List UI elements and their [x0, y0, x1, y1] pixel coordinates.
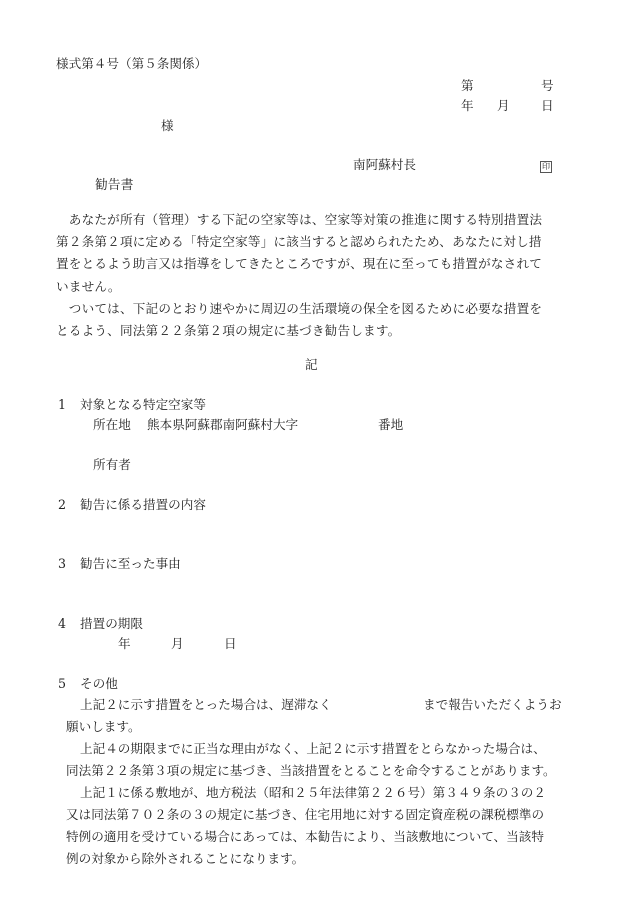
- addressee-suffix: 様: [161, 120, 174, 133]
- location-value: 熊本県阿蘇郡南阿蘇村大字: [147, 419, 298, 432]
- doc-number-prefix: 第: [461, 80, 474, 93]
- seal-icon: 印: [540, 161, 552, 173]
- tax-notice-line3: 特例の適用を受けている場合にあっては、本勧告により、当該敷地について、当該特: [66, 831, 544, 844]
- deadline-month: 月: [171, 638, 184, 651]
- date-year: 年: [461, 100, 474, 113]
- item3-label: 勧告に至った事由: [80, 558, 181, 571]
- doc-number-suffix: 号: [541, 80, 554, 93]
- form-number: 様式第４号（第５条関係）: [56, 58, 207, 71]
- deadline-year: 年: [118, 638, 131, 651]
- issuer-name: 南阿蘇村長: [353, 159, 416, 172]
- item5-number: 5: [58, 678, 66, 691]
- deadline-day: 日: [224, 638, 237, 651]
- order-warning-line2: 同法第２２条第３項の規定に基づき、当該措置をとることを命令することがあります。: [66, 765, 556, 778]
- tax-notice-line1: 上記１に係る敷地が、地方税法（昭和２５年法律第２２６号）第３４９条の３の２: [80, 787, 546, 800]
- item3-number: 3: [58, 558, 66, 571]
- item4-number: 4: [58, 618, 66, 631]
- seal-mark: 印: [540, 159, 552, 173]
- date-month: 月: [497, 100, 510, 113]
- recommendation-line: とるよう、同法第２２条第２項の規定に基づき勧告します。: [56, 320, 576, 342]
- intro-paragraph: あなたが所有（管理）する下記の空家等は、空家等対策の推進に関する特別措置法 第２…: [56, 209, 576, 342]
- report-text-c: 願いします。: [66, 721, 141, 734]
- intro-line: いません。: [56, 276, 576, 298]
- report-text-b: まで報告いただくようお: [423, 699, 562, 712]
- intro-line: 置をとるよう助言又は指導をしてきたところですが、現在に至っても措置がなされて: [56, 253, 576, 275]
- intro-line: あなたが所有（管理）する下記の空家等は、空家等対策の推進に関する特別措置法: [56, 209, 576, 231]
- ki-heading: 記: [305, 359, 318, 372]
- item1-label: 対象となる特定空家等: [80, 399, 206, 412]
- tax-notice-line2: 又は同法第７０２条の３の規定に基づき、住宅用地に対する固定資産税の課税標準の: [66, 809, 544, 822]
- item4-label: 措置の期限: [80, 618, 143, 631]
- item2-number: 2: [58, 499, 66, 512]
- tax-notice-line4: 例の対象から除外されることになります。: [66, 853, 304, 866]
- order-warning-line1: 上記４の期限までに正当な理由がなく、上記２に示す措置をとらなかった場合は、: [80, 743, 546, 756]
- report-text-a: 上記２に示す措置をとった場合は、遅滞なく: [80, 699, 332, 712]
- item1-number: 1: [58, 399, 66, 412]
- location-label: 所在地: [93, 419, 131, 432]
- document-title: 勧告書: [95, 180, 133, 193]
- banchi-label: 番地: [378, 419, 403, 432]
- date-day: 日: [541, 100, 554, 113]
- owner-label: 所有者: [93, 459, 131, 472]
- recommendation-line: ついては、下記のとおり速やかに周辺の生活環境の保全を図るために必要な措置を: [56, 298, 576, 320]
- intro-line: 第２条第２項に定める「特定空家等」に該当すると認められたため、あなたに対し措: [56, 231, 576, 253]
- item5-label: その他: [80, 678, 118, 691]
- item2-label: 勧告に係る措置の内容: [80, 499, 206, 512]
